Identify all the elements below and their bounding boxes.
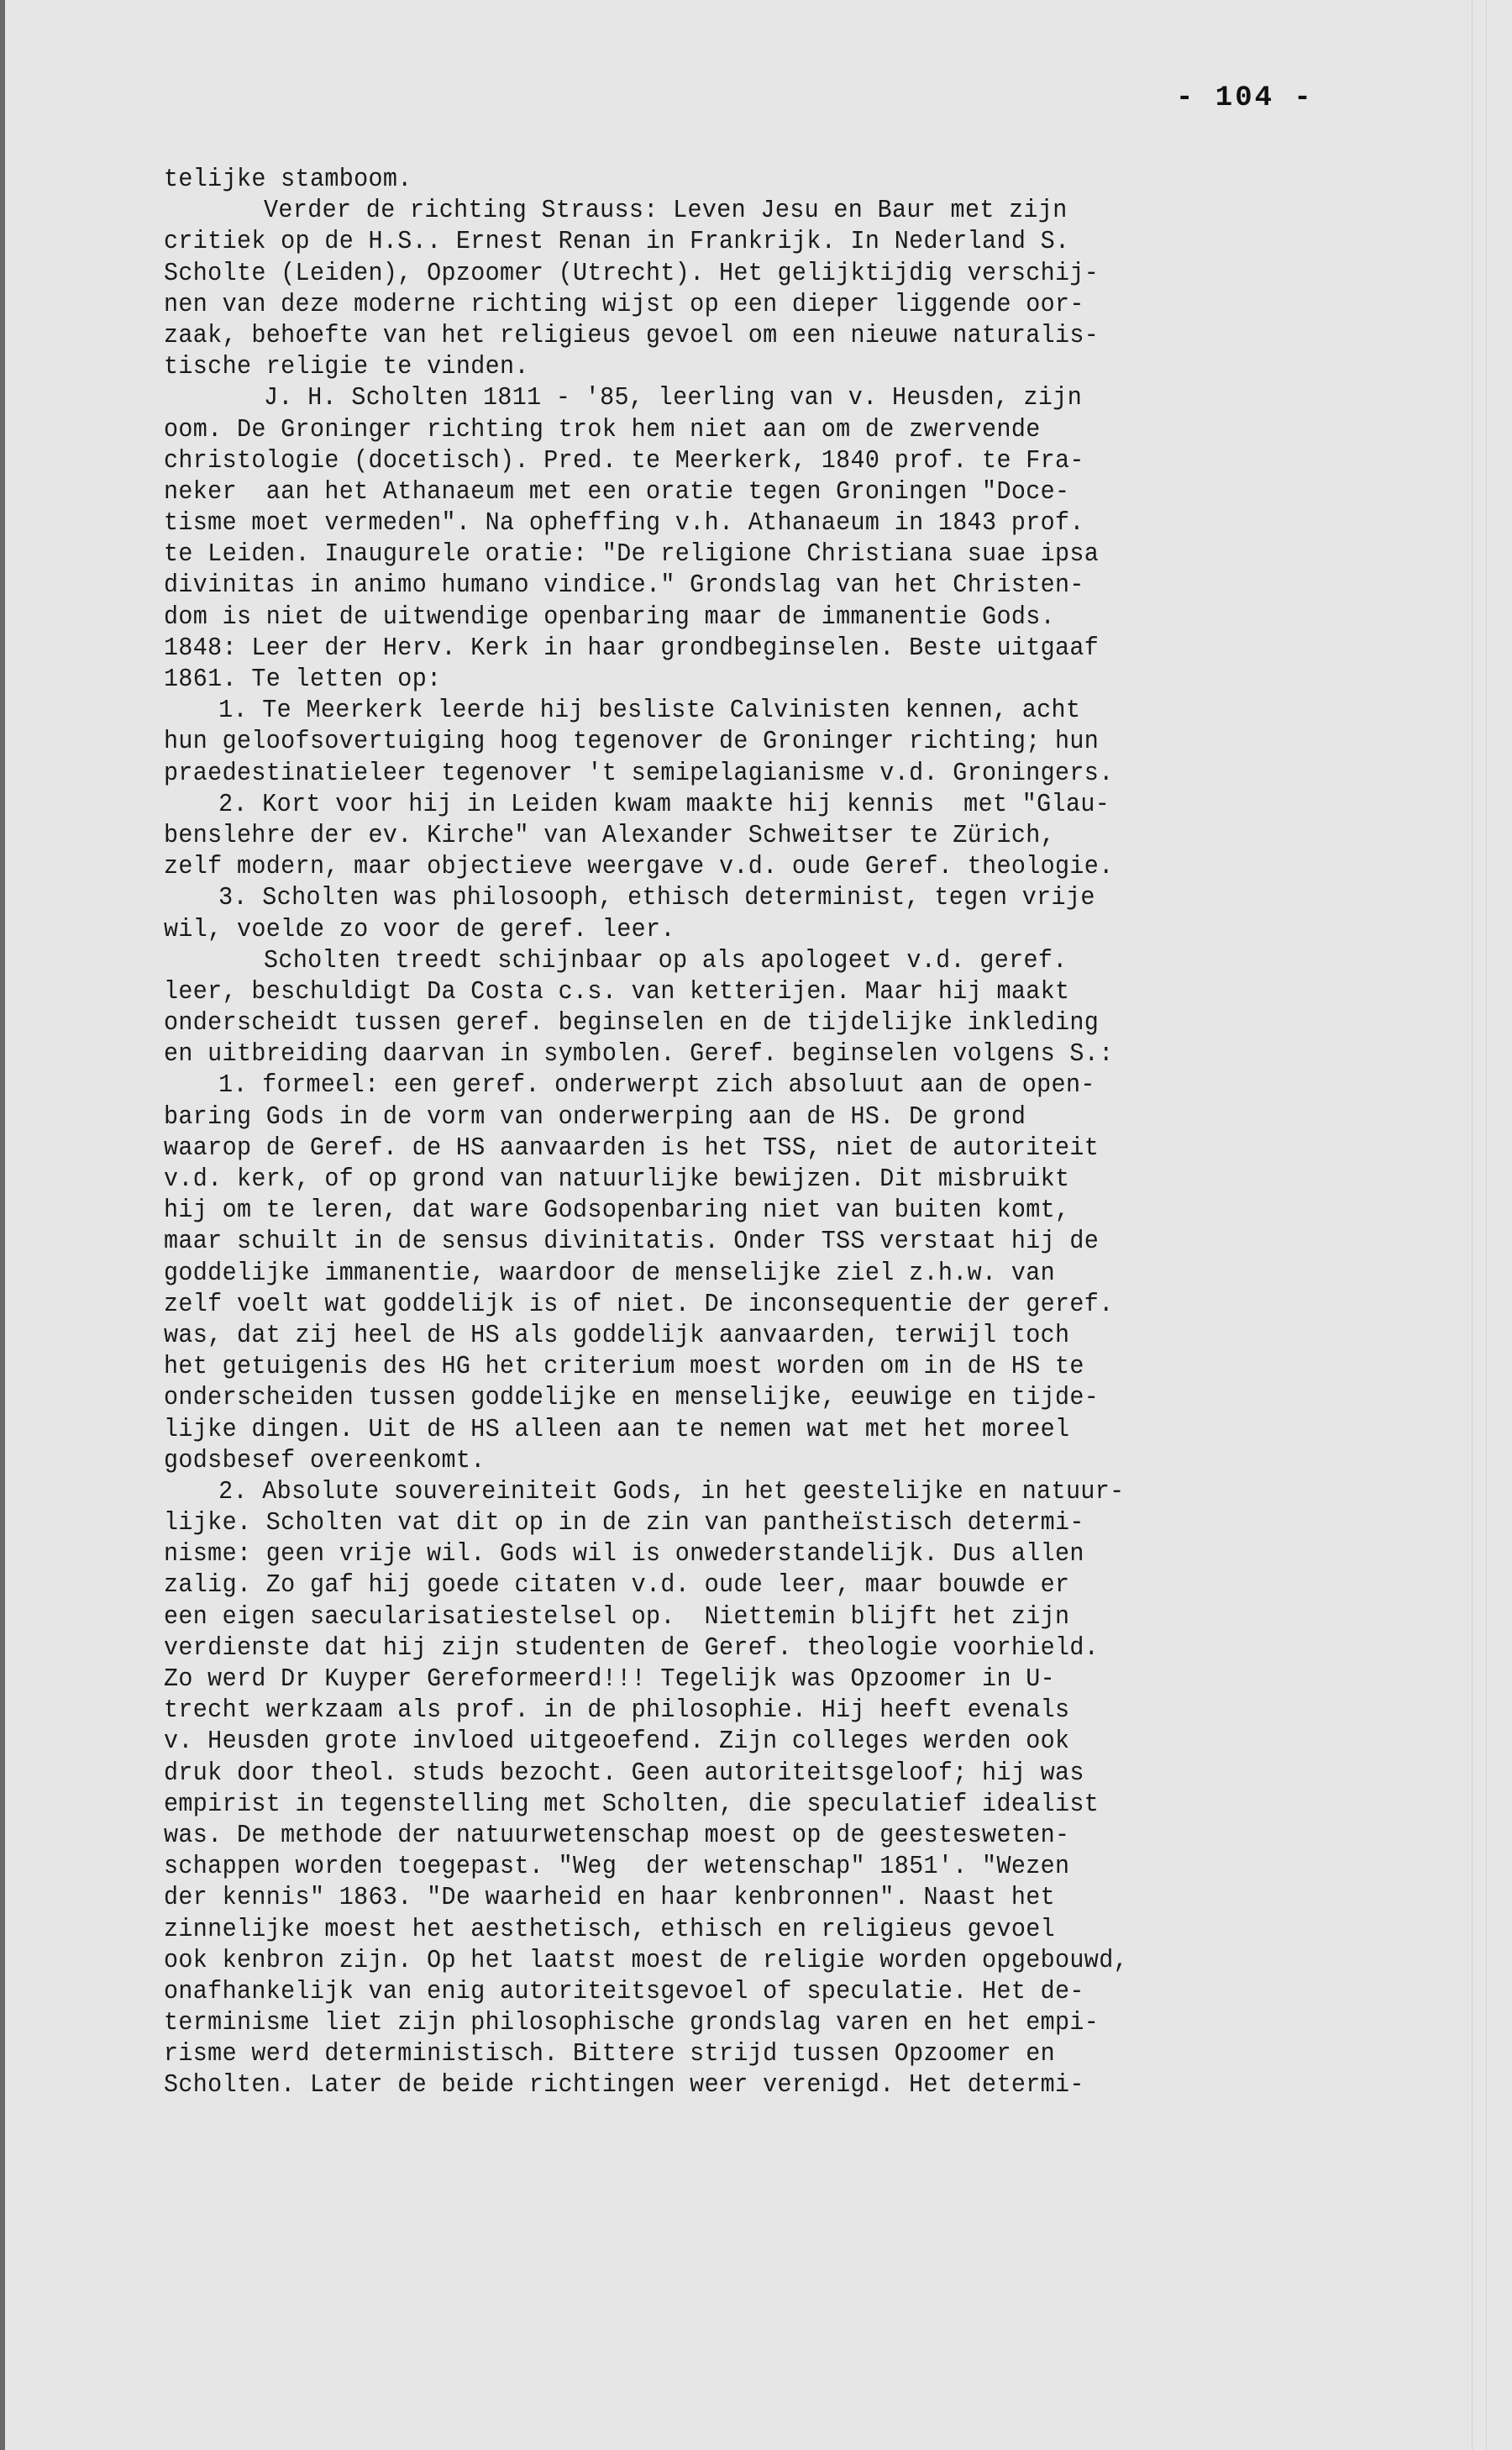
- text-line: praedestinatieleer tegenover 't semipela…: [164, 759, 1383, 790]
- text-line: druk door theol. studs bezocht. Geen aut…: [164, 1759, 1383, 1790]
- text-line: wil, voelde zo voor de geref. leer.: [164, 915, 1383, 946]
- text-line: Scholten treedt schijnbaar op als apolog…: [164, 946, 1383, 977]
- text-line: critiek op de H.S.. Ernest Renan in Fran…: [164, 227, 1383, 258]
- text-line: het getuigenis des HG het criterium moes…: [164, 1352, 1383, 1383]
- text-line: godsbesef overeenkomt.: [164, 1446, 1383, 1477]
- text-line: ook kenbron zijn. Op het laatst moest de…: [164, 1946, 1383, 1977]
- text-line: tisme moet vermeden". Na opheffing v.h. …: [164, 508, 1383, 539]
- text-line: oom. De Groninger richting trok hem niet…: [164, 415, 1383, 446]
- text-line: trecht werkzaam als prof. in de philosop…: [164, 1696, 1383, 1727]
- text-line: 3. Scholten was philosooph, ethisch dete…: [164, 883, 1383, 914]
- text-line: hun geloofsovertuiging hoog tegenover de…: [164, 727, 1383, 758]
- text-line: terminisme liet zijn philosophische gron…: [164, 2008, 1383, 2039]
- text-line: zelf modern, maar objectieve weergave v.…: [164, 852, 1383, 883]
- text-line: was. De methode der natuurwetenschap moe…: [164, 1821, 1383, 1852]
- text-line: christologie (docetisch). Pred. te Meerk…: [164, 446, 1383, 477]
- text-line: 1848: Leer der Herv. Kerk in haar grondb…: [164, 634, 1383, 665]
- text-line: maar schuilt in de sensus divinitatis. O…: [164, 1227, 1383, 1258]
- text-line: onafhankelijk van enig autoriteitsgevoel…: [164, 1977, 1383, 2008]
- scan-edge-left: [0, 0, 5, 2450]
- text-line: 1861. Te letten op:: [164, 665, 1383, 696]
- text-line: zinnelijke moest het aesthetisch, ethisc…: [164, 1915, 1383, 1946]
- text-line: Scholte (Leiden), Opzoomer (Utrecht). He…: [164, 259, 1383, 290]
- text-line: neker aan het Athanaeum met een oratie t…: [164, 477, 1383, 508]
- text-line: 1. Te Meerkerk leerde hij besliste Calvi…: [164, 696, 1383, 727]
- text-line: v. Heusden grote invloed uitgeoefend. Zi…: [164, 1727, 1383, 1758]
- text-line: onderscheiden tussen goddelijke en mense…: [164, 1383, 1383, 1414]
- text-line: nen van deze moderne richting wijst op e…: [164, 290, 1383, 321]
- text-line: divinitas in animo humano vindice." Gron…: [164, 570, 1383, 602]
- text-line: leer, beschuldigt Da Costa c.s. van kett…: [164, 977, 1383, 1008]
- text-line: tische religie te vinden.: [164, 352, 1383, 383]
- typewritten-body: telijke stamboom.Verder de richting Stra…: [164, 165, 1474, 2102]
- text-line: en uitbreiding daarvan in symbolen. Gere…: [164, 1039, 1383, 1070]
- text-line: Scholten. Later de beide richtingen weer…: [164, 2070, 1383, 2101]
- text-line: lijke dingen. Uit de HS alleen aan te ne…: [164, 1415, 1383, 1446]
- text-line: 2. Absolute souvereiniteit Gods, in het …: [164, 1477, 1383, 1508]
- text-line: zaak, behoefte van het religieus gevoel …: [164, 321, 1383, 352]
- text-line: was, dat zij heel de HS als goddelijk aa…: [164, 1321, 1383, 1352]
- text-line: goddelijke immanentie, waardoor de mense…: [164, 1259, 1383, 1290]
- text-line: 2. Kort voor hij in Leiden kwam maakte h…: [164, 790, 1383, 821]
- page-number: - 104 -: [1176, 82, 1314, 114]
- text-line: benslehre der ev. Kirche" van Alexander …: [164, 821, 1383, 852]
- text-line: 1. formeel: een geref. onderwerpt zich a…: [164, 1070, 1383, 1101]
- text-line: lijke. Scholten vat dit op in de zin van…: [164, 1508, 1383, 1539]
- text-line: zelf voelt wat goddelijk is of niet. De …: [164, 1290, 1383, 1321]
- text-line: J. H. Scholten 1811 - '85, leerling van …: [164, 383, 1383, 414]
- text-line: baring Gods in de vorm van onderwerping …: [164, 1102, 1383, 1133]
- text-line: schappen worden toegepast. "Weg der wete…: [164, 1852, 1383, 1883]
- text-line: zalig. Zo gaf hij goede citaten v.d. oud…: [164, 1570, 1383, 1601]
- text-line: dom is niet de uitwendige openbaring maa…: [164, 602, 1383, 634]
- text-line: onderscheidt tussen geref. beginselen en…: [164, 1008, 1383, 1039]
- text-line: verdienste dat hij zijn studenten de Ger…: [164, 1633, 1383, 1664]
- text-line: Verder de richting Strauss: Leven Jesu e…: [164, 196, 1383, 227]
- text-line: een eigen saecularisatiestelsel op. Niet…: [164, 1602, 1383, 1633]
- text-line: waarop de Geref. de HS aanvaarden is het…: [164, 1133, 1383, 1165]
- text-line: der kennis" 1863. "De waarheid en haar k…: [164, 1883, 1383, 1914]
- text-line: hij om te leren, dat ware Godsopenbaring…: [164, 1196, 1383, 1227]
- text-line: risme werd deterministisch. Bittere stri…: [164, 2039, 1383, 2070]
- text-line: empirist in tegenstelling met Scholten, …: [164, 1790, 1383, 1821]
- text-line: telijke stamboom.: [164, 165, 1383, 196]
- text-line: te Leiden. Inaugurele oratie: "De religi…: [164, 539, 1383, 570]
- text-line: nisme: geen vrije wil. Gods wil is onwed…: [164, 1539, 1383, 1570]
- text-line: Zo werd Dr Kuyper Gereformeerd!!! Tegeli…: [164, 1664, 1383, 1696]
- text-line: v.d. kerk, of op grond van natuurlijke b…: [164, 1165, 1383, 1196]
